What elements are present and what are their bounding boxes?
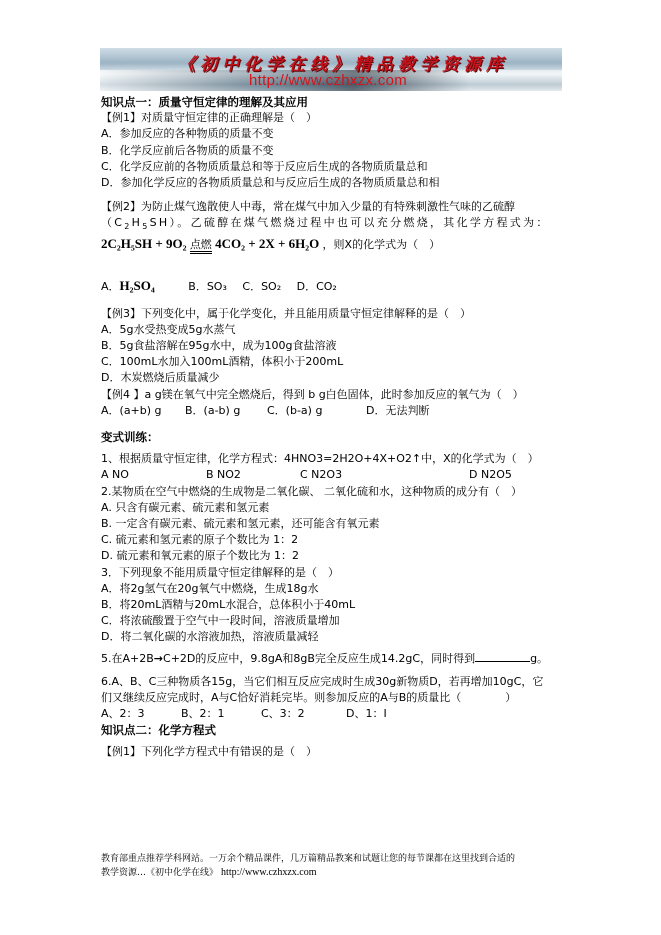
ex2-option-b: B．SO₃ <box>188 280 227 293</box>
equation-reactants: 2C₂H₅SH + 9O₂ <box>101 236 187 251</box>
equation-products: 4CO₂ + 2X + 6H₂O <box>215 236 319 251</box>
ex1-option-c: C．化学反应前的各物质质量总和等于反应后生成的各物质质量总和 <box>101 159 561 175</box>
page-footer: 教育部重点推荐学科网站。一万余个精品课件，几万篇精品教案和试题让您的每节课都在这… <box>101 853 561 880</box>
ex1-stem: 【例1】对质量守恒定律的正确理解是（ ） <box>101 110 561 126</box>
ex2-stem-rest: SH）。乙硫醇在煤气燃烧过程中也可以充分燃烧，其化学方程式为： <box>150 216 550 229</box>
ex3-stem: 【例3】下列变化中，属于化学变化，并且能用质量守恒定律解释的是（ ） <box>101 306 561 322</box>
ex1-option-b: B．化学反应前后各物质的质量不变 <box>101 143 561 159</box>
ex4-option-b: B．(a-b) g <box>185 403 267 419</box>
q3-option-b: B．将20mL酒精与20mL水混合，总体积小于40mL <box>101 597 561 613</box>
document-body: 知识点一：质量守恒定律的理解及其应用 【例1】对质量守恒定律的正确理解是（ ） … <box>101 94 561 761</box>
q5-suffix: g。 <box>530 652 548 665</box>
ex4-option-c: C．(b-a) g <box>267 403 366 419</box>
arrow-icon: → <box>154 652 163 665</box>
banner-url[interactable]: http://www.czhxzx.com <box>249 72 407 89</box>
q1-option-a: A NO <box>101 467 206 483</box>
ex2-formula-part: H <box>132 216 143 229</box>
ex2-options: A．H₂SO₄ B．SO₃ C．SO₂ D．CO₂ <box>101 278 561 294</box>
ex3-option-a: A．5g水受热变成5g水蒸气 <box>101 322 561 338</box>
ex3-option-d: D．木炭燃烧后质量减少 <box>101 370 561 386</box>
ex2-option-c: C．SO₂ <box>242 280 281 293</box>
ex4-options: A．(a+b) gB．(a-b) gC．(b-a) gD．无法判断 <box>101 403 561 419</box>
footer-url-link[interactable]: http://www.czhxzx.com <box>221 867 316 878</box>
q2-option-a: A. 只含有碳元素、硫元素和氢元素 <box>101 500 561 516</box>
ex2-option-d: D．CO₂ <box>297 280 337 293</box>
footer-line1: 教育部重点推荐学科网站。一万余个精品课件，几万篇精品教案和试题让您的每节课都在这… <box>101 853 561 866</box>
section2-heading: 知识点二：化学方程式 <box>101 722 561 738</box>
q2-stem: 2.某物质在空气中燃烧的生成物是二氧化碳、 二氧化硫和水，这种物质的成分有（ ） <box>101 484 561 500</box>
q1-stem: 1、根据质量守恒定律，化学方程式：4HNO3=2H2O+4X+O2↑中，X的化学… <box>101 451 561 467</box>
ex2-option-a-label: A． <box>101 280 120 293</box>
section2-ex1-stem: 【例1】下列化学方程式中有错误的是（ ） <box>101 744 561 760</box>
ex1-option-d: D．参加化学反应的各物质质量总和与反应后生成的各物质质量总和相 <box>101 175 561 191</box>
q6-option-b: B、2：1 <box>181 706 261 722</box>
q1-option-b: B NO2 <box>206 467 300 483</box>
q6-options: A、2：3B、2：1C、3：2D、1：I <box>101 706 561 722</box>
q6-option-c: C、3：2 <box>261 706 346 722</box>
q6-line2: 们又继续反应完成时，A与C恰好消耗完毕。则参加反应的A与B的质量比（ ） <box>101 690 561 706</box>
q3-option-d: D．将二氧化碳的水溶液加热，溶液质量减轻 <box>101 629 561 645</box>
q6-option-d: D、1：I <box>346 706 387 722</box>
q6-line1: 6.A、B、C三种物质各15g，当它们相互反应完成时生成30g新物质D，若再增加… <box>101 674 561 690</box>
footer-line2: 教学资源…《初中化学在线》 http://www.czhxzx.com <box>101 866 561 880</box>
ex2-formula-part: （C <box>101 216 124 229</box>
q5-rest: C+2D的反应中，9.8gA和8gB完全反应生成14.2gC，同时得到 <box>163 652 475 665</box>
ex2-stem-line1: 【例2】为防止煤气逸散使人中毒，常在煤气中加入少量的有特殊刺激性气味的乙硫醇 <box>101 199 561 215</box>
q5-prefix: 5.在A+2B <box>101 652 154 665</box>
ex2-equation: 2C₂H₅SH + 9O₂ 点燃 4CO₂ + 2X + 6H₂O ，则X的化学… <box>101 232 561 256</box>
ex3-option-b: B．5g食盐溶解在95g水中，成为100g食盐溶液 <box>101 338 561 354</box>
ex2-formula-sub: 5 <box>142 223 149 232</box>
equation-condition: 点燃 <box>190 238 212 254</box>
q3-option-a: A．将2g氢气在20g氧气中燃烧，生成18g水 <box>101 581 561 597</box>
q5-answer-blank[interactable] <box>475 651 530 662</box>
practice-heading: 变式训练： <box>101 429 561 445</box>
section1-heading: 知识点一：质量守恒定律的理解及其应用 <box>101 94 561 110</box>
q2-option-c: C. 硫元素和氢元素的原子个数比为 1：2 <box>101 532 561 548</box>
ex4-stem: 【例4 】a g镁在氧气中完全燃烧后，得到 b g白色固体，此时参加反应的氧气为… <box>101 387 561 403</box>
ex2-formula-sub: 2 <box>124 223 131 232</box>
q2-option-b: B. 一定含有碳元素、硫元素和氢元素，还可能含有氧元素 <box>101 516 561 532</box>
q1-option-d: D N2O5 <box>469 467 512 483</box>
q1-option-c: C N2O3 <box>300 467 469 483</box>
q3-stem: 3．下列现象不能用质量守恒定律解释的是（ ） <box>101 565 561 581</box>
ex3-option-c: C．100mL水加入100mL酒精，体积小于200mL <box>101 354 561 370</box>
footer-site-name: 教学资源…《初中化学在线》 <box>101 868 218 878</box>
ex4-option-a: A．(a+b) g <box>101 403 185 419</box>
ex1-option-a: A．参加反应的各种物质的质量不变 <box>101 126 561 142</box>
ex2-question: ，则X的化学式为（ ） <box>323 238 441 251</box>
q6-option-a: A、2：3 <box>101 706 181 722</box>
q3-option-c: C．将浓硫酸置于空气中一段时间，溶液质量增加 <box>101 613 561 629</box>
q5-stem: 5.在A+2B→C+2D的反应中，9.8gA和8gB完全反应生成14.2gC，同… <box>101 651 561 667</box>
ex2-option-a-value: H₂SO₄ <box>120 278 155 293</box>
q2-option-d: D. 硫元素和氧元素的原子个数比为 1：2 <box>101 548 561 564</box>
header-banner: 《初中化学在线》精品教学资源库 http://www.czhxzx.com <box>100 48 562 91</box>
ex4-option-d: D．无法判断 <box>366 403 429 419</box>
q1-options: A NOB NO2C N2O3D N2O5 <box>101 467 561 483</box>
ex2-stem-line2: （C2H5SH）。乙硫醇在煤气燃烧过程中也可以充分燃烧，其化学方程式为： <box>101 215 561 231</box>
